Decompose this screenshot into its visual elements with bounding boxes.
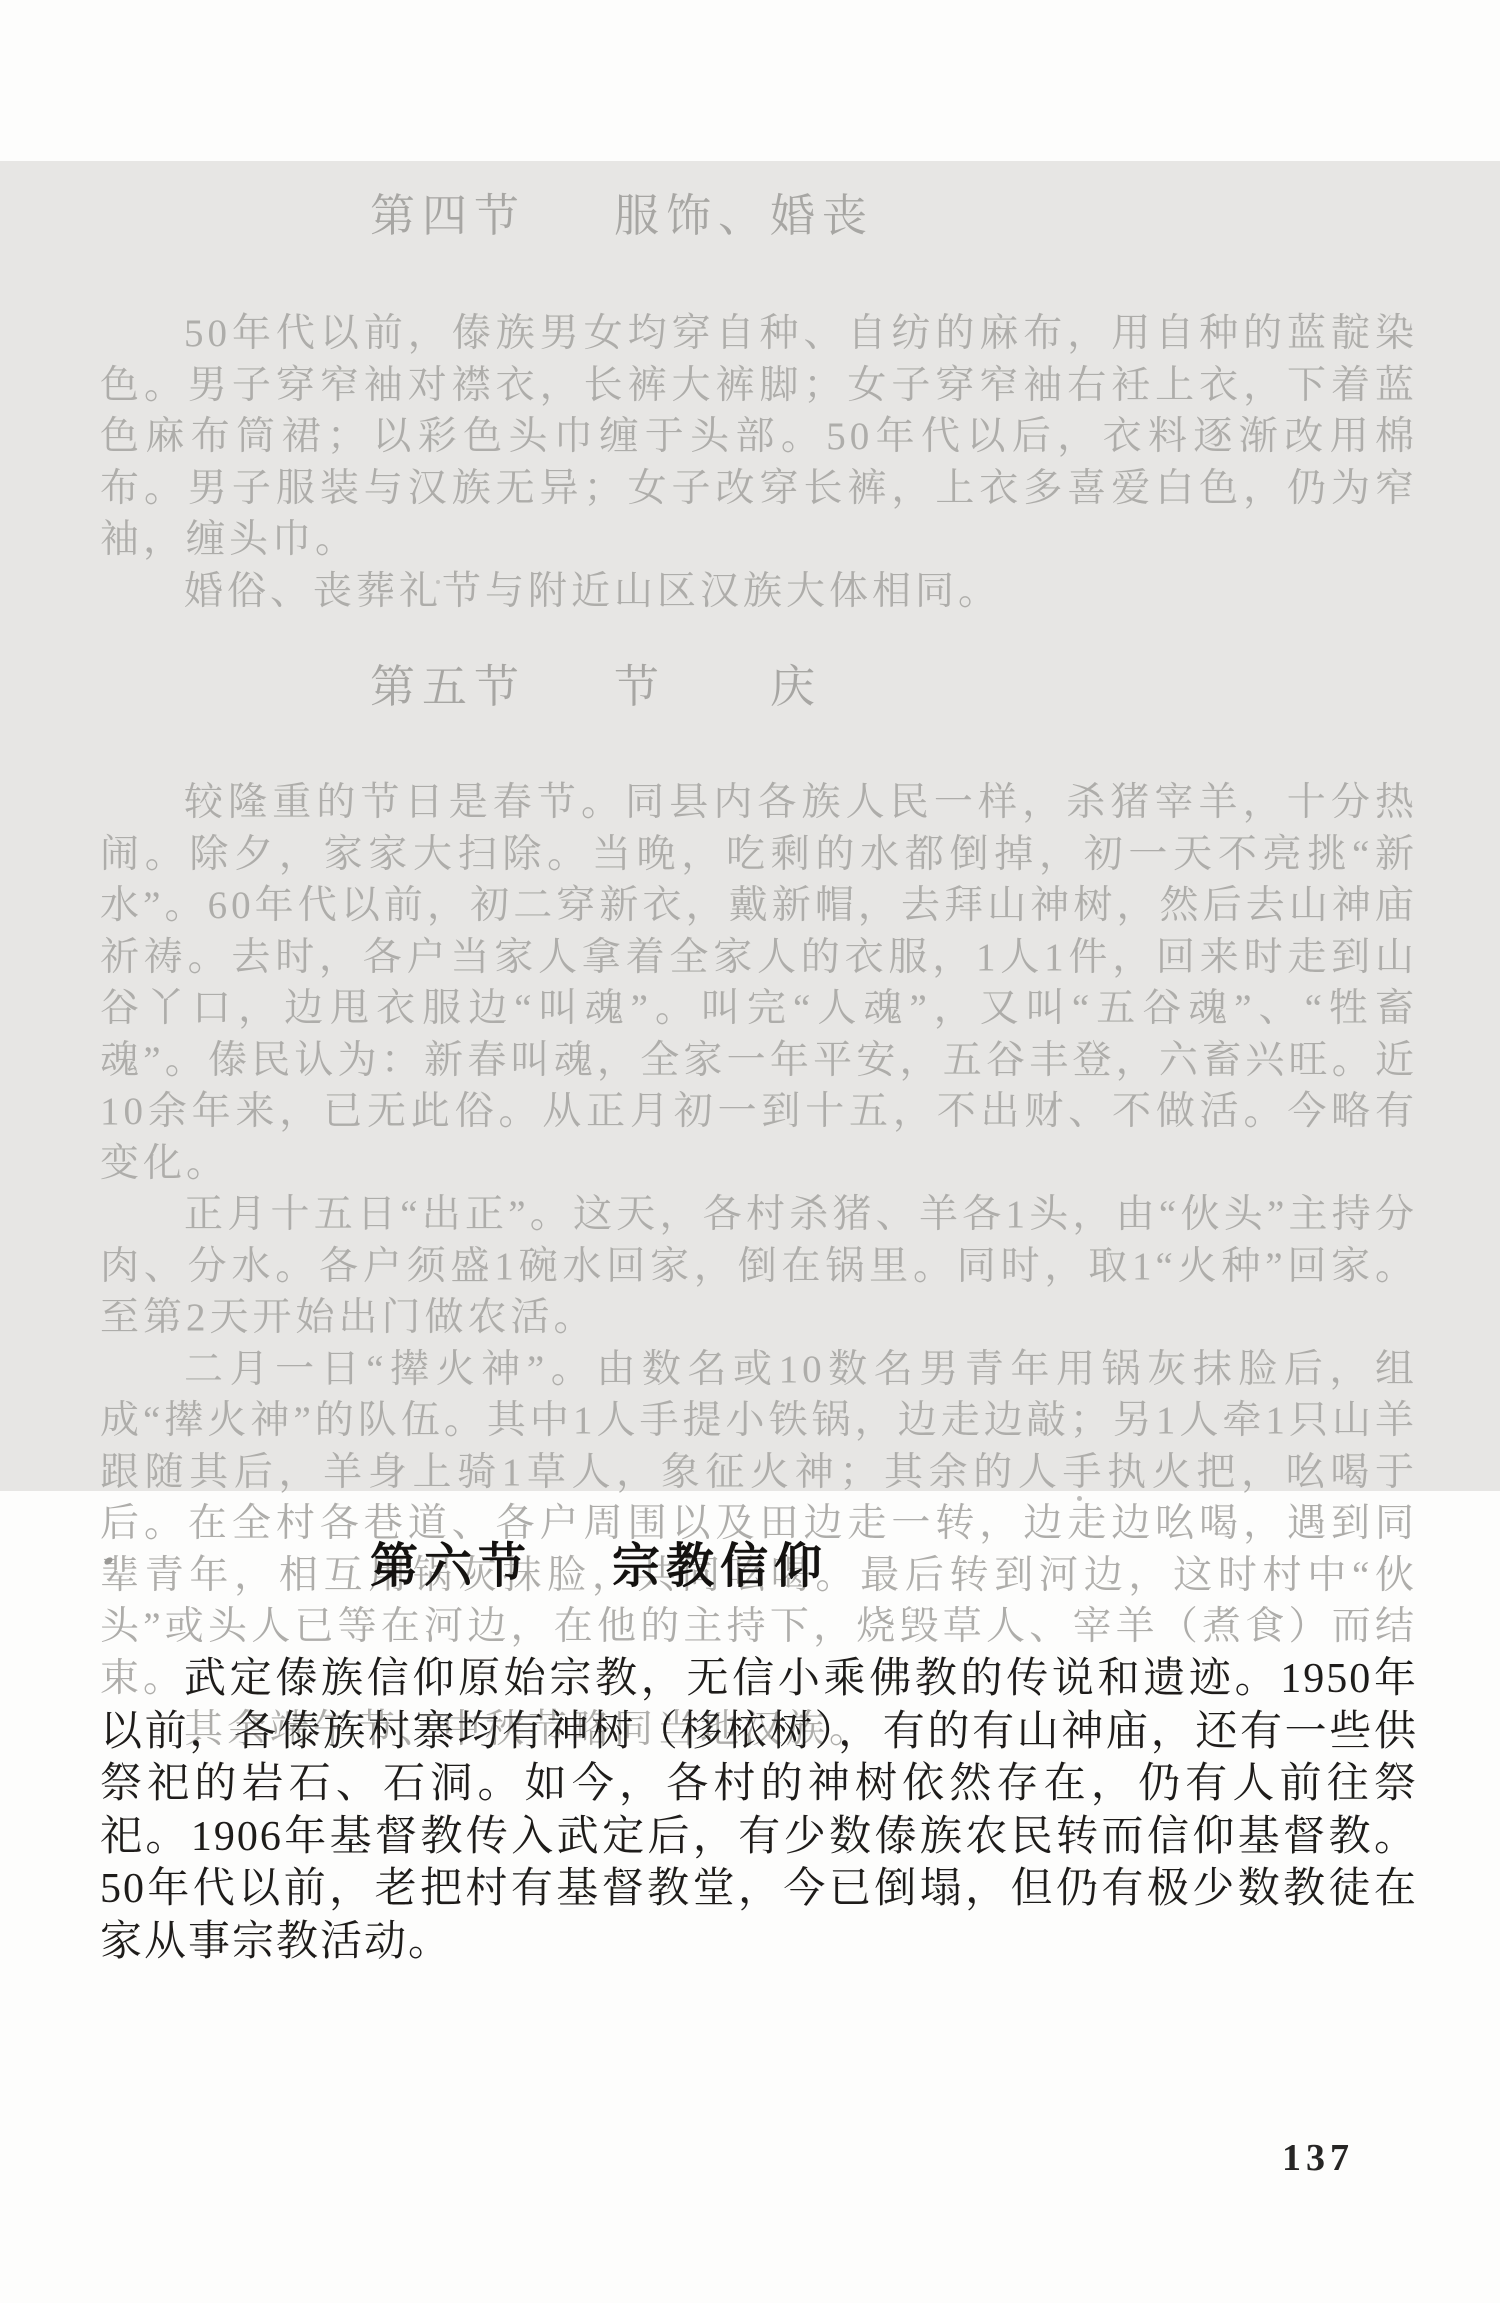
section-clothing-marriage: 第四节服饰、婚丧 50年代以前，傣族男女均穿自种、自纺的麻布，用自种的蓝靛染色。… — [100, 188, 1418, 617]
section-6-number: 第六节 — [370, 1540, 532, 1593]
paragraph: 正月十五日“出正”。这天，各村杀猪、羊各1头，由“伙头”主持分肉、分水。各户须盛… — [100, 1189, 1418, 1344]
section-5-number: 第五节 — [370, 662, 526, 712]
scanned-region-faded: 第四节服饰、婚丧 50年代以前，傣族男女均穿自种、自纺的麻布，用自种的蓝靛染色。… — [0, 161, 1500, 1491]
section-5-heading: 第五节节 庆 — [370, 659, 1418, 715]
section-4-heading: 第四节服饰、婚丧 — [370, 188, 1418, 244]
paragraph: 武定傣族信仰原始宗教，无信小乘佛教的传说和遗迹。1950年以前，各傣族村寨均有神… — [100, 1653, 1418, 1968]
section-6-heading: 第六节宗教信仰 — [370, 1537, 1418, 1597]
section-religion: 第六节宗教信仰 武定傣族信仰原始宗教，无信小乘佛教的传说和遗迹。1950年以前，… — [100, 1537, 1418, 1968]
scan-speck — [436, 580, 440, 584]
paragraph: 较隆重的节日是春节。同县内各族人民一样，杀猪宰羊，十分热闹。除夕，家家大扫除。当… — [100, 777, 1418, 1189]
paragraph: 50年代以前，傣族男女均穿自种、自纺的麻布，用自种的蓝靛染色。男子穿窄袖对襟衣，… — [100, 308, 1418, 566]
scan-speck — [1077, 1496, 1082, 1501]
paragraph: 婚俗、丧葬礼节与附近山区汉族大体相同。 — [100, 566, 1418, 618]
page-number: 137 — [1282, 2136, 1354, 2180]
section-5-title: 节 庆 — [614, 662, 822, 712]
section-4-number: 第四节 — [370, 191, 526, 241]
book-page: 第四节服饰、婚丧 50年代以前，傣族男女均穿自种、自纺的麻布，用自种的蓝靛染色。… — [0, 0, 1500, 2303]
section-4-title: 服饰、婚丧 — [614, 191, 874, 241]
section-6-title: 宗教信仰 — [612, 1540, 828, 1593]
